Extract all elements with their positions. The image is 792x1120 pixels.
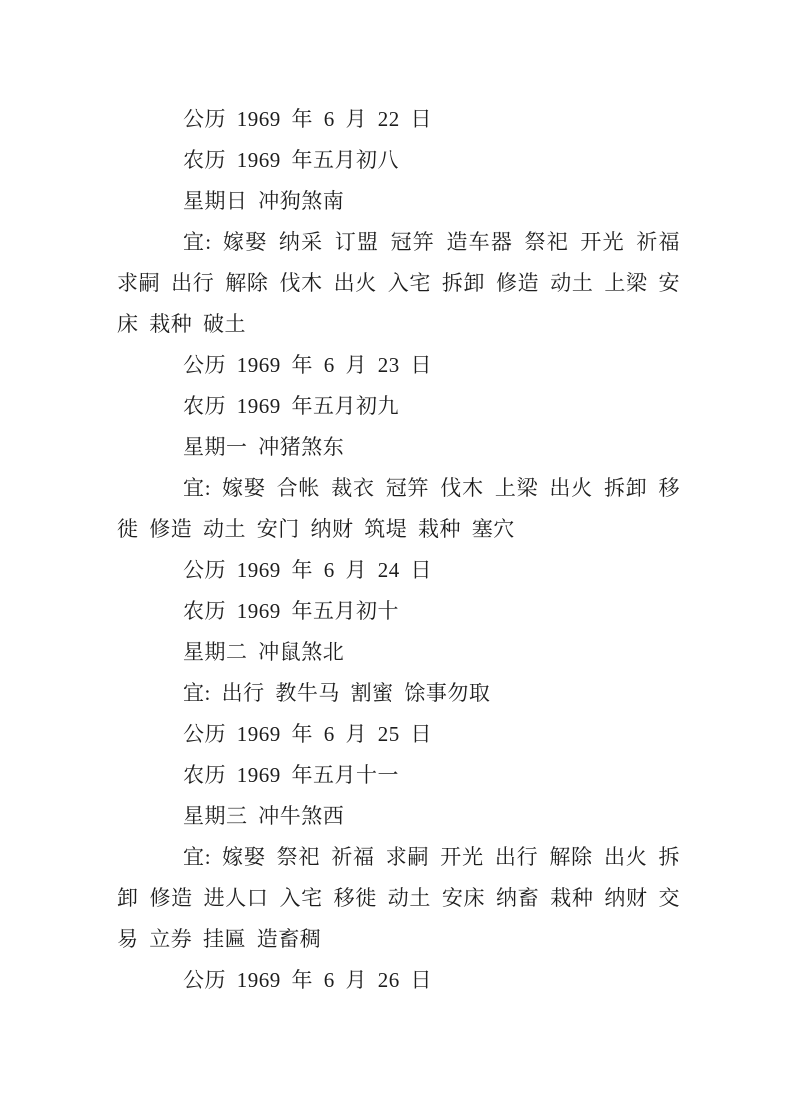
solar-date-line: 公历 1969 年 6 月 23 日 (117, 345, 680, 386)
yi-line: 宜: 嫁娶 纳采 订盟 冠笄 造车器 祭祀 开光 祈福 求嗣 出行 解除 伐木 … (117, 222, 680, 345)
solar-date-line: 公历 1969 年 6 月 22 日 (117, 99, 680, 140)
weekday-clash-line: 星期三 冲牛煞西 (117, 796, 680, 837)
almanac-text: 公历 1969 年 6 月 22 日农历 1969 年五月初八星期日 冲狗煞南宜… (117, 99, 680, 1001)
lunar-date-line: 农历 1969 年五月初十 (117, 591, 680, 632)
weekday-clash-line: 星期二 冲鼠煞北 (117, 632, 680, 673)
weekday-clash-line: 星期一 冲猪煞东 (117, 427, 680, 468)
lunar-date-line: 农历 1969 年五月初八 (117, 140, 680, 181)
document-page: 公历 1969 年 6 月 22 日农历 1969 年五月初八星期日 冲狗煞南宜… (0, 0, 792, 1120)
lunar-date-line: 农历 1969 年五月初九 (117, 386, 680, 427)
yi-line: 宜: 嫁娶 合帐 裁衣 冠笄 伐木 上梁 出火 拆卸 移徙 修造 动土 安门 纳… (117, 468, 680, 550)
weekday-clash-line: 星期日 冲狗煞南 (117, 181, 680, 222)
yi-line: 宜: 嫁娶 祭祀 祈福 求嗣 开光 出行 解除 出火 拆卸 修造 进人口 入宅 … (117, 837, 680, 960)
solar-date-line: 公历 1969 年 6 月 24 日 (117, 550, 680, 591)
lunar-date-line: 农历 1969 年五月十一 (117, 755, 680, 796)
yi-line: 宜: 出行 教牛马 割蜜 馀事勿取 (117, 673, 680, 714)
solar-date-line: 公历 1969 年 6 月 25 日 (117, 714, 680, 755)
solar-date-line: 公历 1969 年 6 月 26 日 (117, 960, 680, 1001)
